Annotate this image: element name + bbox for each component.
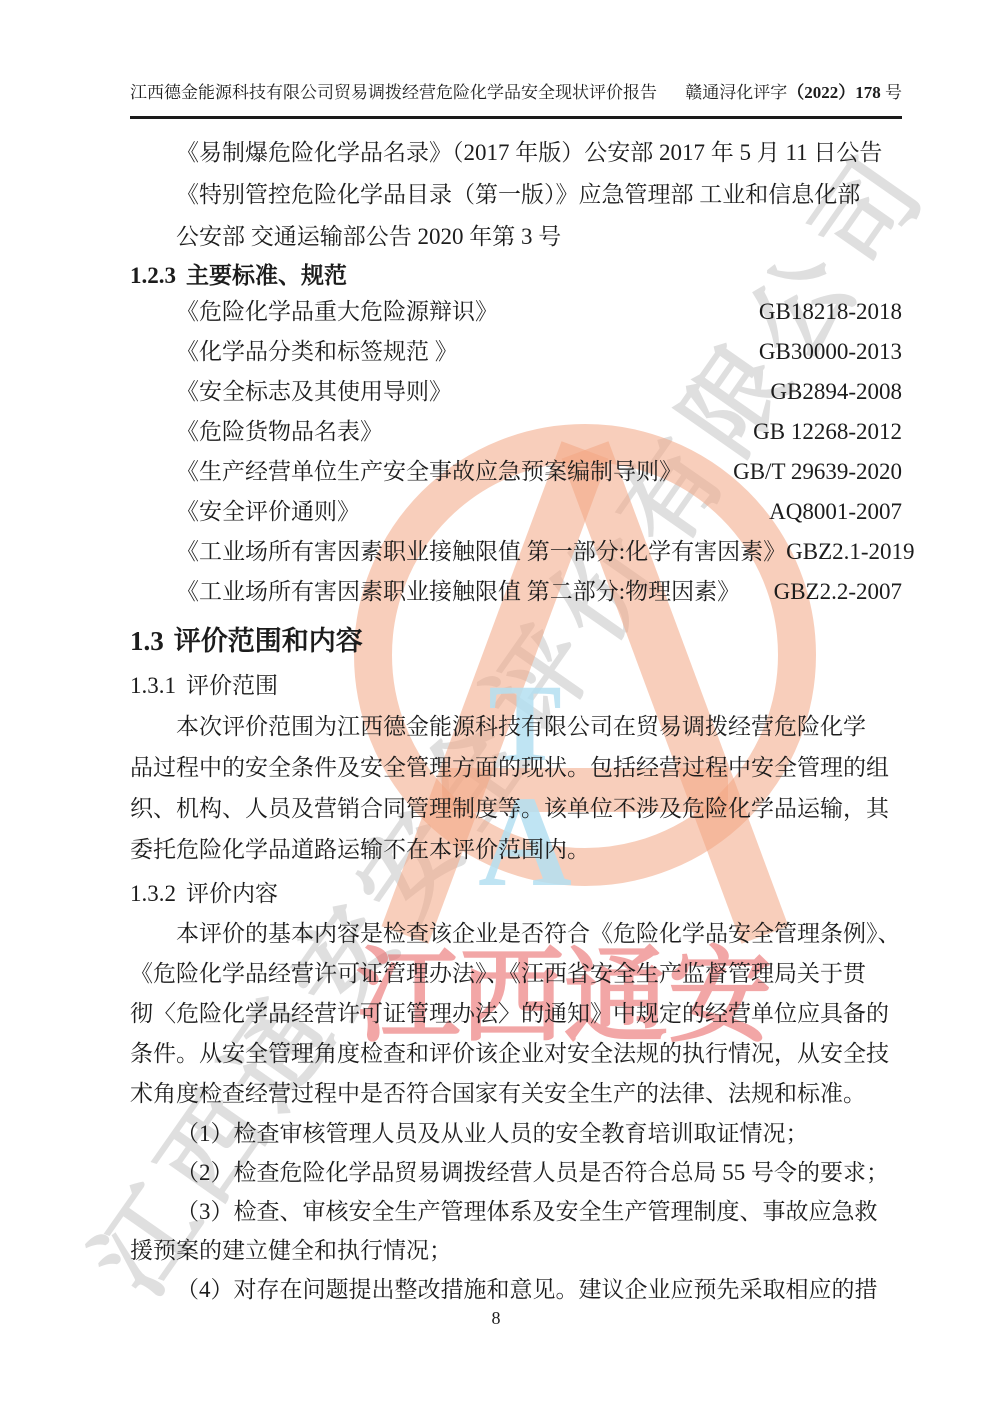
standard-row: 《危险化学品重大危险源辩识》 GB18218-2018 [130, 292, 902, 332]
list-item: （1）检查审核管理人员及从业人员的安全教育培训取证情况； [130, 1114, 902, 1153]
list-item: （4）对存在问题提出整改措施和意见。建议企业应预先采取相应的措 [130, 1270, 902, 1309]
header-doc-number-bold: （2022）178 [787, 83, 881, 102]
standard-title: 《工业场所有害因素职业接触限值 第一部分:化学有害因素》 [130, 532, 786, 572]
page-header: 江西德金能源科技有限公司贸易调拨经营危险化学品安全现状评价报告 赣通浔化评字（2… [130, 78, 902, 119]
standard-title: 《危险化学品重大危险源辩识》 [130, 292, 498, 332]
standard-title: 《安全评价通则》 [130, 492, 360, 532]
standard-code: GB30000-2013 [759, 332, 902, 372]
paragraph-line: 品过程中的安全条件及安全管理方面的现状。包括经营过程中安全管理的组 [130, 747, 902, 788]
paragraph-line: 条件。从安全管理角度检查和评价该企业对安全法规的执行情况，从安全技 [130, 1034, 902, 1074]
heading-number: 1.3 [130, 626, 164, 656]
list-item: （2）检查危险化学品贸易调拨经营人员是否符合总局 55 号令的要求； [130, 1153, 902, 1192]
heading-number: 1.3.1 [130, 673, 176, 698]
standard-row: 《危险货物品名表》 GB 12268-2012 [130, 412, 902, 452]
standard-title: 《化学品分类和标签规范 》 [130, 332, 458, 372]
page-number: 8 [0, 1308, 992, 1329]
paragraph-line: 织、机构、人员及营销合同管理制度等。该单位不涉及危险化学品运输，其 [130, 788, 902, 829]
standard-row: 《生产经营单位生产安全事故应急预案编制导则》 GB/T 29639-2020 [130, 452, 902, 492]
paragraph-line: 彻〈危险化学品经营许可证管理办法〉的通知》中规定的经营单位应具备的 [130, 994, 902, 1034]
heading-number: 1.2.3 [130, 263, 176, 288]
standard-code: GB18218-2018 [759, 292, 902, 332]
heading-text: 评价范围 [186, 672, 278, 698]
heading-1-3-2: 1.3.2评价内容 [130, 872, 902, 914]
standard-title: 《工业场所有害因素职业接触限值 第二部分:物理因素》 [130, 572, 740, 612]
heading-1-2-3: 1.2.3主要标准、规范 [130, 258, 902, 292]
standard-title: 《安全标志及其使用导则》 [130, 372, 452, 412]
standard-code: GBZ2.1-2019 [786, 532, 914, 572]
paragraph-line: 《危险化学品经营许可证管理办法》、《江西省安全生产监督管理局关于贯 [130, 954, 902, 994]
heading-text: 评价范围和内容 [174, 626, 363, 656]
heading-number: 1.3.2 [130, 881, 176, 906]
document-page: 江西通安安全评价有限公司 T A 江西通安 江西德金能源科技有限公司贸易调拨经营… [0, 0, 992, 1403]
standard-code: GB2894-2008 [770, 372, 902, 412]
header-doc-number-prefix: 赣通浔化评字 [685, 83, 787, 102]
standard-code: AQ8001-2007 [769, 492, 902, 532]
standard-row: 《安全评价通则》 AQ8001-2007 [130, 492, 902, 532]
header-document-number: 赣通浔化评字（2022）178 号 [685, 78, 902, 103]
standard-row: 《安全标志及其使用导则》 GB2894-2008 [130, 372, 902, 412]
standard-code: GB/T 29639-2020 [733, 452, 902, 492]
heading-text: 主要标准、规范 [186, 262, 347, 288]
content-layer: 江西德金能源科技有限公司贸易调拨经营危险化学品安全现状评价报告 赣通浔化评字（2… [0, 0, 992, 1403]
list-item: （3）检查、审核安全生产管理体系及安全生产管理制度、事故应急救 [130, 1192, 902, 1231]
paragraph-line: 本次评价范围为江西德金能源科技有限公司在贸易调拨经营危险化学 [130, 706, 902, 747]
standard-row: 《化学品分类和标签规范 》 GB30000-2013 [130, 332, 902, 372]
header-doc-number-suffix: 号 [881, 83, 902, 102]
heading-text: 评价内容 [186, 880, 278, 906]
standard-code: GBZ2.2-2007 [774, 572, 902, 612]
heading-1-3-1: 1.3.1评价范围 [130, 664, 902, 706]
standard-row: 《工业场所有害因素职业接触限值 第一部分:化学有害因素》 GBZ2.1-2019 [130, 532, 902, 572]
list-item-continuation: 援预案的建立健全和执行情况； [130, 1231, 902, 1270]
intro-line: 《易制爆危险化学品名录》（2017 年版）公安部 2017 年 5 月 11 日… [130, 132, 902, 174]
intro-line: 《特别管控危险化学品目录（第一版）》应急管理部 工业和信息化部 [130, 174, 902, 216]
document-body: 《易制爆危险化学品名录》（2017 年版）公安部 2017 年 5 月 11 日… [130, 132, 902, 1309]
paragraph-line: 委托危险化学品道路运输不在本评价范围内。 [130, 829, 902, 870]
paragraph-line: 本评价的基本内容是检查该企业是否符合《危险化学品安全管理条例》、 [130, 914, 902, 954]
standard-title: 《生产经营单位生产安全事故应急预案编制导则》 [130, 452, 682, 492]
standard-row: 《工业场所有害因素职业接触限值 第二部分:物理因素》 GBZ2.2-2007 [130, 572, 902, 612]
header-report-title: 江西德金能源科技有限公司贸易调拨经营危险化学品安全现状评价报告 [130, 78, 657, 103]
paragraph-line: 术角度检查经营过程中是否符合国家有关安全生产的法律、法规和标准。 [130, 1074, 902, 1114]
heading-1-3: 1.3评价范围和内容 [130, 620, 902, 662]
standard-code: GB 12268-2012 [753, 412, 902, 452]
intro-line: 公安部 交通运输部公告 2020 年第 3 号 [130, 216, 902, 258]
standard-title: 《危险货物品名表》 [130, 412, 383, 452]
